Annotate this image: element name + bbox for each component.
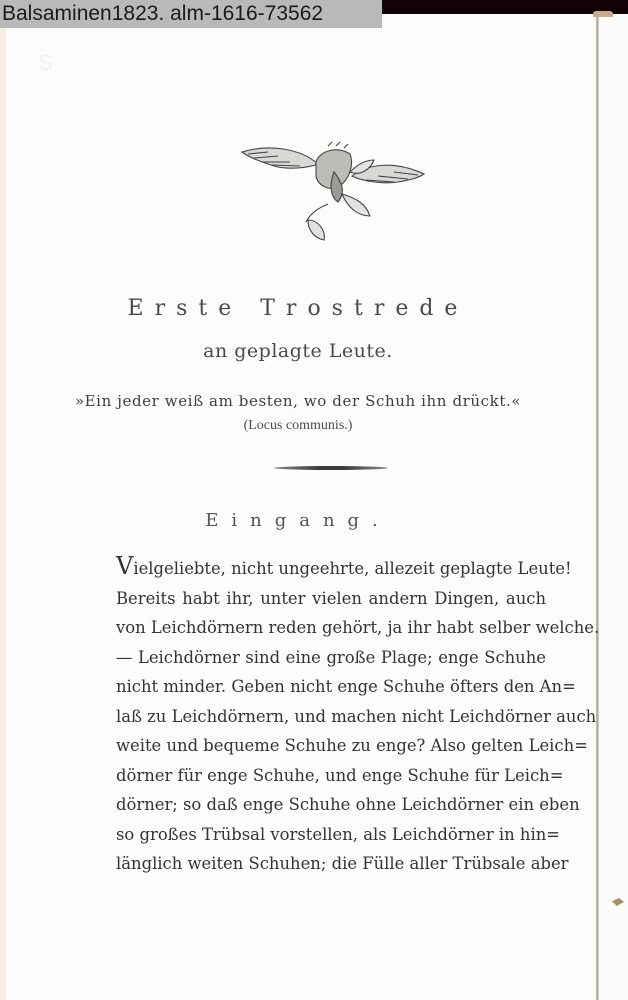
motto: »Ein jeder weiß am besten, wo der Schuh … <box>0 392 596 410</box>
body-line: Vielgeliebte, nicht ungeehrte, allezeit … <box>116 552 546 584</box>
next-leaf <box>599 17 628 1000</box>
body-line: laß zu Leichdörnern, und machen nicht Le… <box>116 702 546 732</box>
bird-ornament-icon <box>238 142 428 242</box>
body-line: von Leichdörnern reden gehört, ja ihr ha… <box>116 613 546 643</box>
document-label-text: Balsaminen1823. alm-1616-73562 <box>2 2 323 25</box>
page-corner <box>593 11 613 17</box>
motto-source: (Locus communis.) <box>0 418 596 434</box>
body-line: Bereits habt ihr, unter vielen andern Di… <box>116 584 546 614</box>
chapter-heading: Erste Trostrede <box>0 296 596 321</box>
body-text: Vielgeliebte, nicht ungeehrte, allezeit … <box>116 552 546 879</box>
body-line: nicht minder. Geben nicht enge Schuhe öf… <box>116 672 546 702</box>
body-line: — Leichdörner sind eine große Plage; eng… <box>116 643 546 673</box>
bleed-through-mark: S <box>38 50 53 76</box>
body-line: dörner; so daß enge Schuhe ohne Leichdör… <box>116 790 546 820</box>
ornamental-rule-icon <box>274 466 388 470</box>
section-title: Eingang. <box>0 510 596 531</box>
document-label: Balsaminen1823. alm-1616-73562 <box>0 0 382 28</box>
body-line: weite und bequeme Schuhe zu enge? Also g… <box>116 731 546 761</box>
body-line: dörner für enge Schuhe, und enge Schuhe … <box>116 761 546 791</box>
body-line: länglich weiten Schuhen; die Fülle aller… <box>116 849 546 879</box>
body-line: so großes Trübsal vorstellen, als Leichd… <box>116 820 546 850</box>
chapter-subheading: an geplagte Leute. <box>0 340 596 362</box>
